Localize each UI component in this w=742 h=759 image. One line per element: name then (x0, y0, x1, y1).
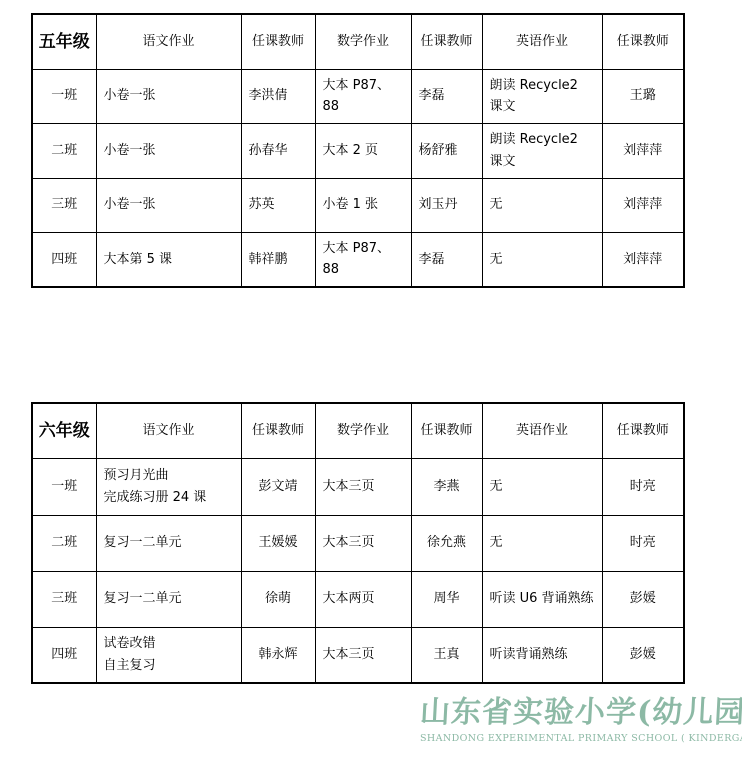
math-homework-cell: 大本两页 (315, 571, 411, 627)
class-label: 四班 (32, 627, 96, 683)
math-homework-cell: 大本三页 (315, 515, 411, 571)
class-label: 一班 (32, 69, 96, 123)
table-row: 二班 小卷一张 孙春华 大本 2 页 杨舒雅 朗读 Recycle2 课文 刘萍… (32, 123, 684, 178)
chinese-homework-cell: 复习一二单元 (96, 515, 241, 571)
math-teacher-cell: 周华 (411, 571, 482, 627)
class-label: 三班 (32, 571, 96, 627)
grade6-col-header-chinese-teacher: 任课教师 (241, 403, 315, 458)
table-row: 四班 试卷改错 自主复习 韩永辉 大本三页 王真 听读背诵熟练 彭媛 (32, 627, 684, 683)
grade6-label: 六年级 (32, 403, 96, 458)
table-row: 二班 复习一二单元 王媛媛 大本三页 徐允燕 无 时亮 (32, 515, 684, 571)
english-homework-cell: 无 (482, 178, 602, 232)
table-row: 三班 小卷一张 苏英 小卷 1 张 刘玉丹 无 刘萍萍 (32, 178, 684, 232)
grade5-col-header-math-teacher: 任课教师 (411, 14, 482, 69)
chinese-homework-cell: 小卷一张 (96, 178, 241, 232)
grade5-header-row: 五年级 语文作业 任课教师 数学作业 任课教师 英语作业 任课教师 (32, 14, 684, 69)
english-teacher-cell: 刘萍萍 (602, 123, 684, 178)
chinese-homework-cell: 小卷一张 (96, 123, 241, 178)
math-homework-cell: 大本 P87、88 (315, 69, 411, 123)
english-homework-cell: 无 (482, 232, 602, 287)
school-logo-chinese-name: 山东省实验小学(幼儿园) (419, 694, 741, 732)
chinese-teacher-cell: 王媛媛 (241, 515, 315, 571)
math-teacher-cell: 刘玉丹 (411, 178, 482, 232)
grade6-col-header-chinese-homework: 语文作业 (96, 403, 241, 458)
chinese-homework-cell: 大本第 5 课 (96, 232, 241, 287)
grade5-col-header-chinese-homework: 语文作业 (96, 14, 241, 69)
math-teacher-cell: 杨舒雅 (411, 123, 482, 178)
math-teacher-cell: 徐允燕 (411, 515, 482, 571)
table-row: 四班 大本第 5 课 韩祥鹏 大本 P87、88 李磊 无 刘萍萍 (32, 232, 684, 287)
english-teacher-cell: 时亮 (602, 515, 684, 571)
document-page: 五年级 语文作业 任课教师 数学作业 任课教师 英语作业 任课教师 一班 小卷一… (0, 0, 742, 759)
english-teacher-cell: 彭媛 (602, 627, 684, 683)
chinese-teacher-cell: 徐萌 (241, 571, 315, 627)
grade5-col-header-english-homework: 英语作业 (482, 14, 602, 69)
math-homework-cell: 大本 P87、88 (315, 232, 411, 287)
grade6-col-header-math-homework: 数学作业 (315, 403, 411, 458)
grade6-col-header-english-teacher: 任课教师 (602, 403, 684, 458)
chinese-homework-cell: 复习一二单元 (96, 571, 241, 627)
chinese-teacher-cell: 彭文靖 (241, 458, 315, 515)
grade6-col-header-math-teacher: 任课教师 (411, 403, 482, 458)
english-homework-cell: 无 (482, 515, 602, 571)
school-logo-english-name: SHANDONG EXPERIMENTAL PRIMARY SCHOOL ( K… (420, 733, 740, 744)
class-label: 二班 (32, 123, 96, 178)
chinese-homework-cell: 小卷一张 (96, 69, 241, 123)
grade6-homework-table: 六年级 语文作业 任课教师 数学作业 任课教师 英语作业 任课教师 一班 预习月… (31, 402, 685, 684)
grade5-col-header-chinese-teacher: 任课教师 (241, 14, 315, 69)
english-teacher-cell: 刘萍萍 (602, 232, 684, 287)
math-teacher-cell: 王真 (411, 627, 482, 683)
chinese-teacher-cell: 韩祥鹏 (241, 232, 315, 287)
english-teacher-cell: 刘萍萍 (602, 178, 684, 232)
table-row: 三班 复习一二单元 徐萌 大本两页 周华 听读 U6 背诵熟练 彭媛 (32, 571, 684, 627)
math-teacher-cell: 李磊 (411, 232, 482, 287)
chinese-homework-cell: 试卷改错 自主复习 (96, 627, 241, 683)
english-homework-cell: 听读 U6 背诵熟练 (482, 571, 602, 627)
math-teacher-cell: 李燕 (411, 458, 482, 515)
grade5-label: 五年级 (32, 14, 96, 69)
table-row: 一班 小卷一张 李洪倩 大本 P87、88 李磊 朗读 Recycle2 课文 … (32, 69, 684, 123)
english-homework-cell: 听读背诵熟练 (482, 627, 602, 683)
math-teacher-cell: 李磊 (411, 69, 482, 123)
chinese-teacher-cell: 李洪倩 (241, 69, 315, 123)
chinese-teacher-cell: 韩永辉 (241, 627, 315, 683)
table-row: 一班 预习月光曲 完成练习册 24 课 彭文靖 大本三页 李燕 无 时亮 (32, 458, 684, 515)
english-homework-cell: 朗读 Recycle2 课文 (482, 69, 602, 123)
grade5-col-header-math-homework: 数学作业 (315, 14, 411, 69)
math-homework-cell: 大本三页 (315, 627, 411, 683)
class-label: 一班 (32, 458, 96, 515)
english-homework-cell: 无 (482, 458, 602, 515)
chinese-homework-cell: 预习月光曲 完成练习册 24 课 (96, 458, 241, 515)
english-teacher-cell: 时亮 (602, 458, 684, 515)
grade6-col-header-english-homework: 英语作业 (482, 403, 602, 458)
english-homework-cell: 朗读 Recycle2 课文 (482, 123, 602, 178)
english-teacher-cell: 彭媛 (602, 571, 684, 627)
grade6-header-row: 六年级 语文作业 任课教师 数学作业 任课教师 英语作业 任课教师 (32, 403, 684, 458)
chinese-teacher-cell: 苏英 (241, 178, 315, 232)
grade5-col-header-english-teacher: 任课教师 (602, 14, 684, 69)
class-label: 二班 (32, 515, 96, 571)
math-homework-cell: 大本三页 (315, 458, 411, 515)
grade5-homework-table: 五年级 语文作业 任课教师 数学作业 任课教师 英语作业 任课教师 一班 小卷一… (31, 13, 685, 288)
math-homework-cell: 大本 2 页 (315, 123, 411, 178)
school-logo: 山东省实验小学(幼儿园) SHANDONG EXPERIMENTAL PRIMA… (420, 694, 740, 744)
class-label: 四班 (32, 232, 96, 287)
math-homework-cell: 小卷 1 张 (315, 178, 411, 232)
chinese-teacher-cell: 孙春华 (241, 123, 315, 178)
english-teacher-cell: 王璐 (602, 69, 684, 123)
class-label: 三班 (32, 178, 96, 232)
